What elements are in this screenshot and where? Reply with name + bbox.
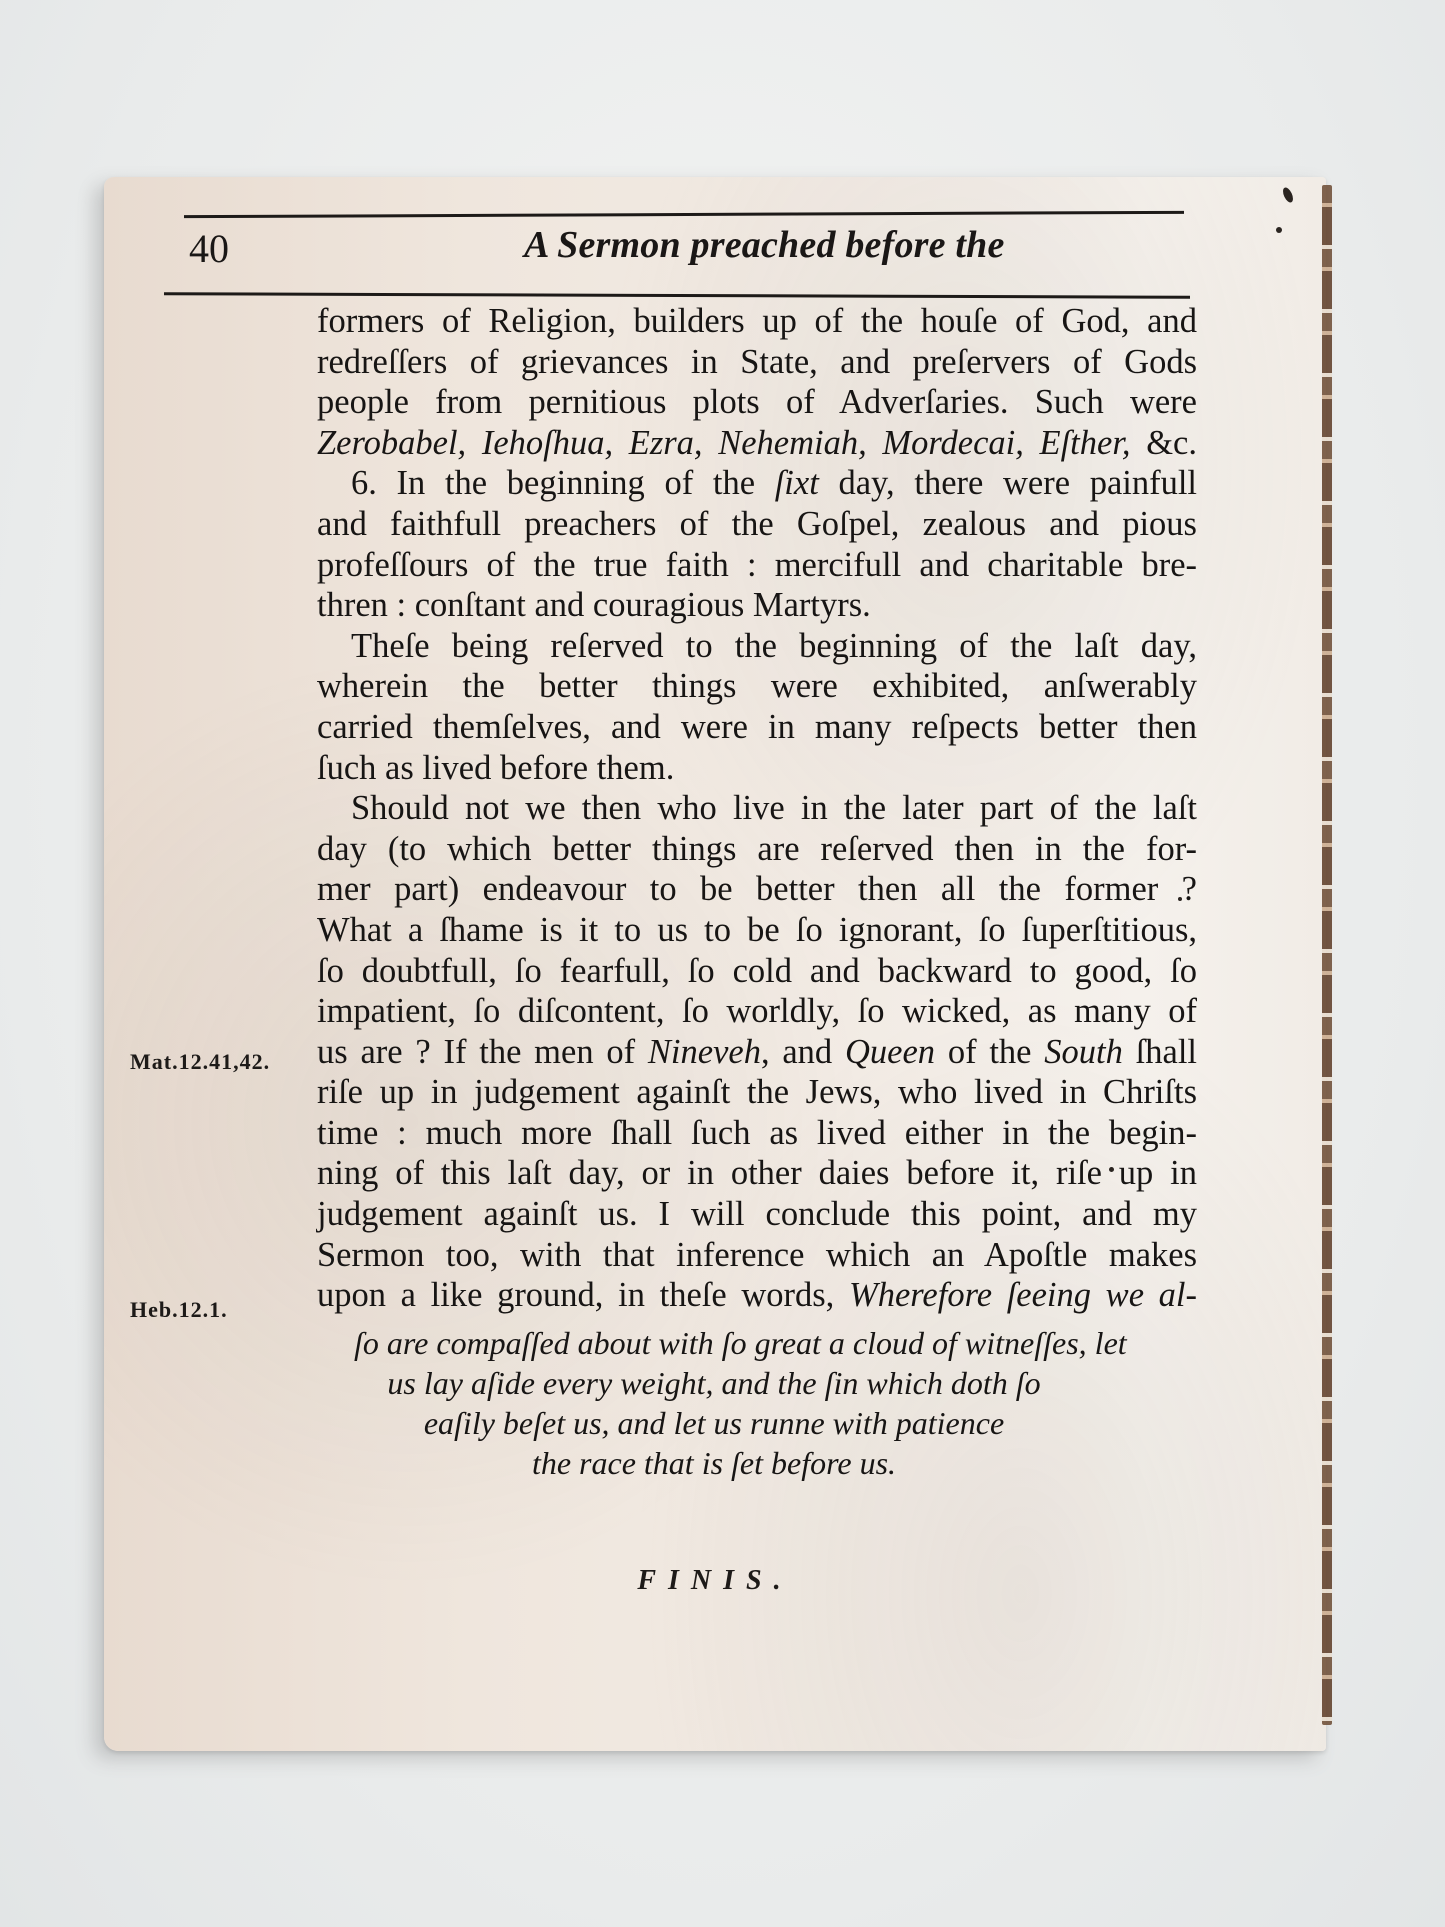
- scripture-quotation: ſo are compaſſed about with ſo great a c…: [354, 1323, 1074, 1483]
- text-line: mer part) endeavour to be better then al…: [317, 869, 1197, 910]
- text-line: riſe up in judgement againſt the Jews, w…: [317, 1072, 1197, 1113]
- text-line-nineveh: us are ? If the men of Nineveh, and Quee…: [317, 1032, 1197, 1073]
- quote-line: the race that is ſet before us.: [354, 1443, 1074, 1483]
- text-line: formers of Religion, builders up of the …: [317, 301, 1197, 342]
- quote-line: eaſily beſet us, and let us runne with p…: [354, 1403, 1074, 1443]
- ink-speck: [1178, 897, 1182, 901]
- text-line: ſuch as lived before them.: [317, 748, 1197, 789]
- finis-closing: FINIS.: [104, 1565, 1326, 1597]
- text-line: and faithfull preachers of the Goſpel, z…: [317, 504, 1197, 545]
- running-head: A Sermon preached before the: [524, 223, 1005, 267]
- text-line: carried themſelves, and were in many reſ…: [317, 707, 1197, 748]
- book-page: 40 A Sermon preached before the formers …: [104, 177, 1326, 1751]
- text-line: profeſſours of the true faith : merciful…: [317, 545, 1197, 586]
- text-line: ning of this laſt day, or in other daies…: [317, 1153, 1197, 1194]
- ink-speck: [1109, 1167, 1114, 1172]
- body-text: formers of Religion, builders up of the …: [317, 301, 1197, 1316]
- text-line: Sermon too, with that inference which an…: [317, 1235, 1197, 1276]
- text-line: thren : conſtant and couragious Martyrs.: [317, 585, 1197, 626]
- text-line-quote-intro: upon a like ground, in theſe words, Wher…: [317, 1275, 1197, 1316]
- text-line: time : much more ſhall ſuch as lived eit…: [317, 1113, 1197, 1154]
- page-number: 40: [189, 225, 229, 272]
- marginal-reference-matthew: Mat.12.41,42.: [130, 1049, 270, 1075]
- text-line: Theſe being reſerved to the beginning of…: [317, 626, 1197, 667]
- page-header: 40 A Sermon preached before the: [104, 221, 1326, 283]
- ink-speck: [1276, 227, 1282, 233]
- text-line-section-6: 6. In the beginning of the ſixt day, the…: [317, 463, 1197, 504]
- quote-line: us lay aſide every weight, and the ſin w…: [354, 1363, 1074, 1403]
- text-line: wherein the better things were exhibited…: [317, 666, 1197, 707]
- text-line: judgement againſt us. I will conclude th…: [317, 1194, 1197, 1235]
- text-line: ſo doubtfull, ſo fearfull, ſo cold and b…: [317, 951, 1197, 992]
- marginal-reference-hebrews: Heb.12.1.: [130, 1297, 228, 1323]
- text-line: impatient, ſo diſcontent, ſo worldly, ſo…: [317, 991, 1197, 1032]
- text-line-names: Zerobabel, Iehoſhua, Ezra, Nehemiah, Mor…: [317, 423, 1197, 464]
- text-line: Should not we then who live in the later…: [317, 788, 1197, 829]
- deckled-binding-edge: [1322, 185, 1332, 1725]
- quote-line: ſo are compaſſed about with ſo great a c…: [354, 1323, 1074, 1363]
- text-line: day (to which better things are reſerved…: [317, 829, 1197, 870]
- text-line: redreſſers of grievances in State, and p…: [317, 342, 1197, 383]
- text-line: people from pernitious plots of Adverſar…: [317, 382, 1197, 423]
- text-line: What a ſhame is it to us to be ſo ignora…: [317, 910, 1197, 951]
